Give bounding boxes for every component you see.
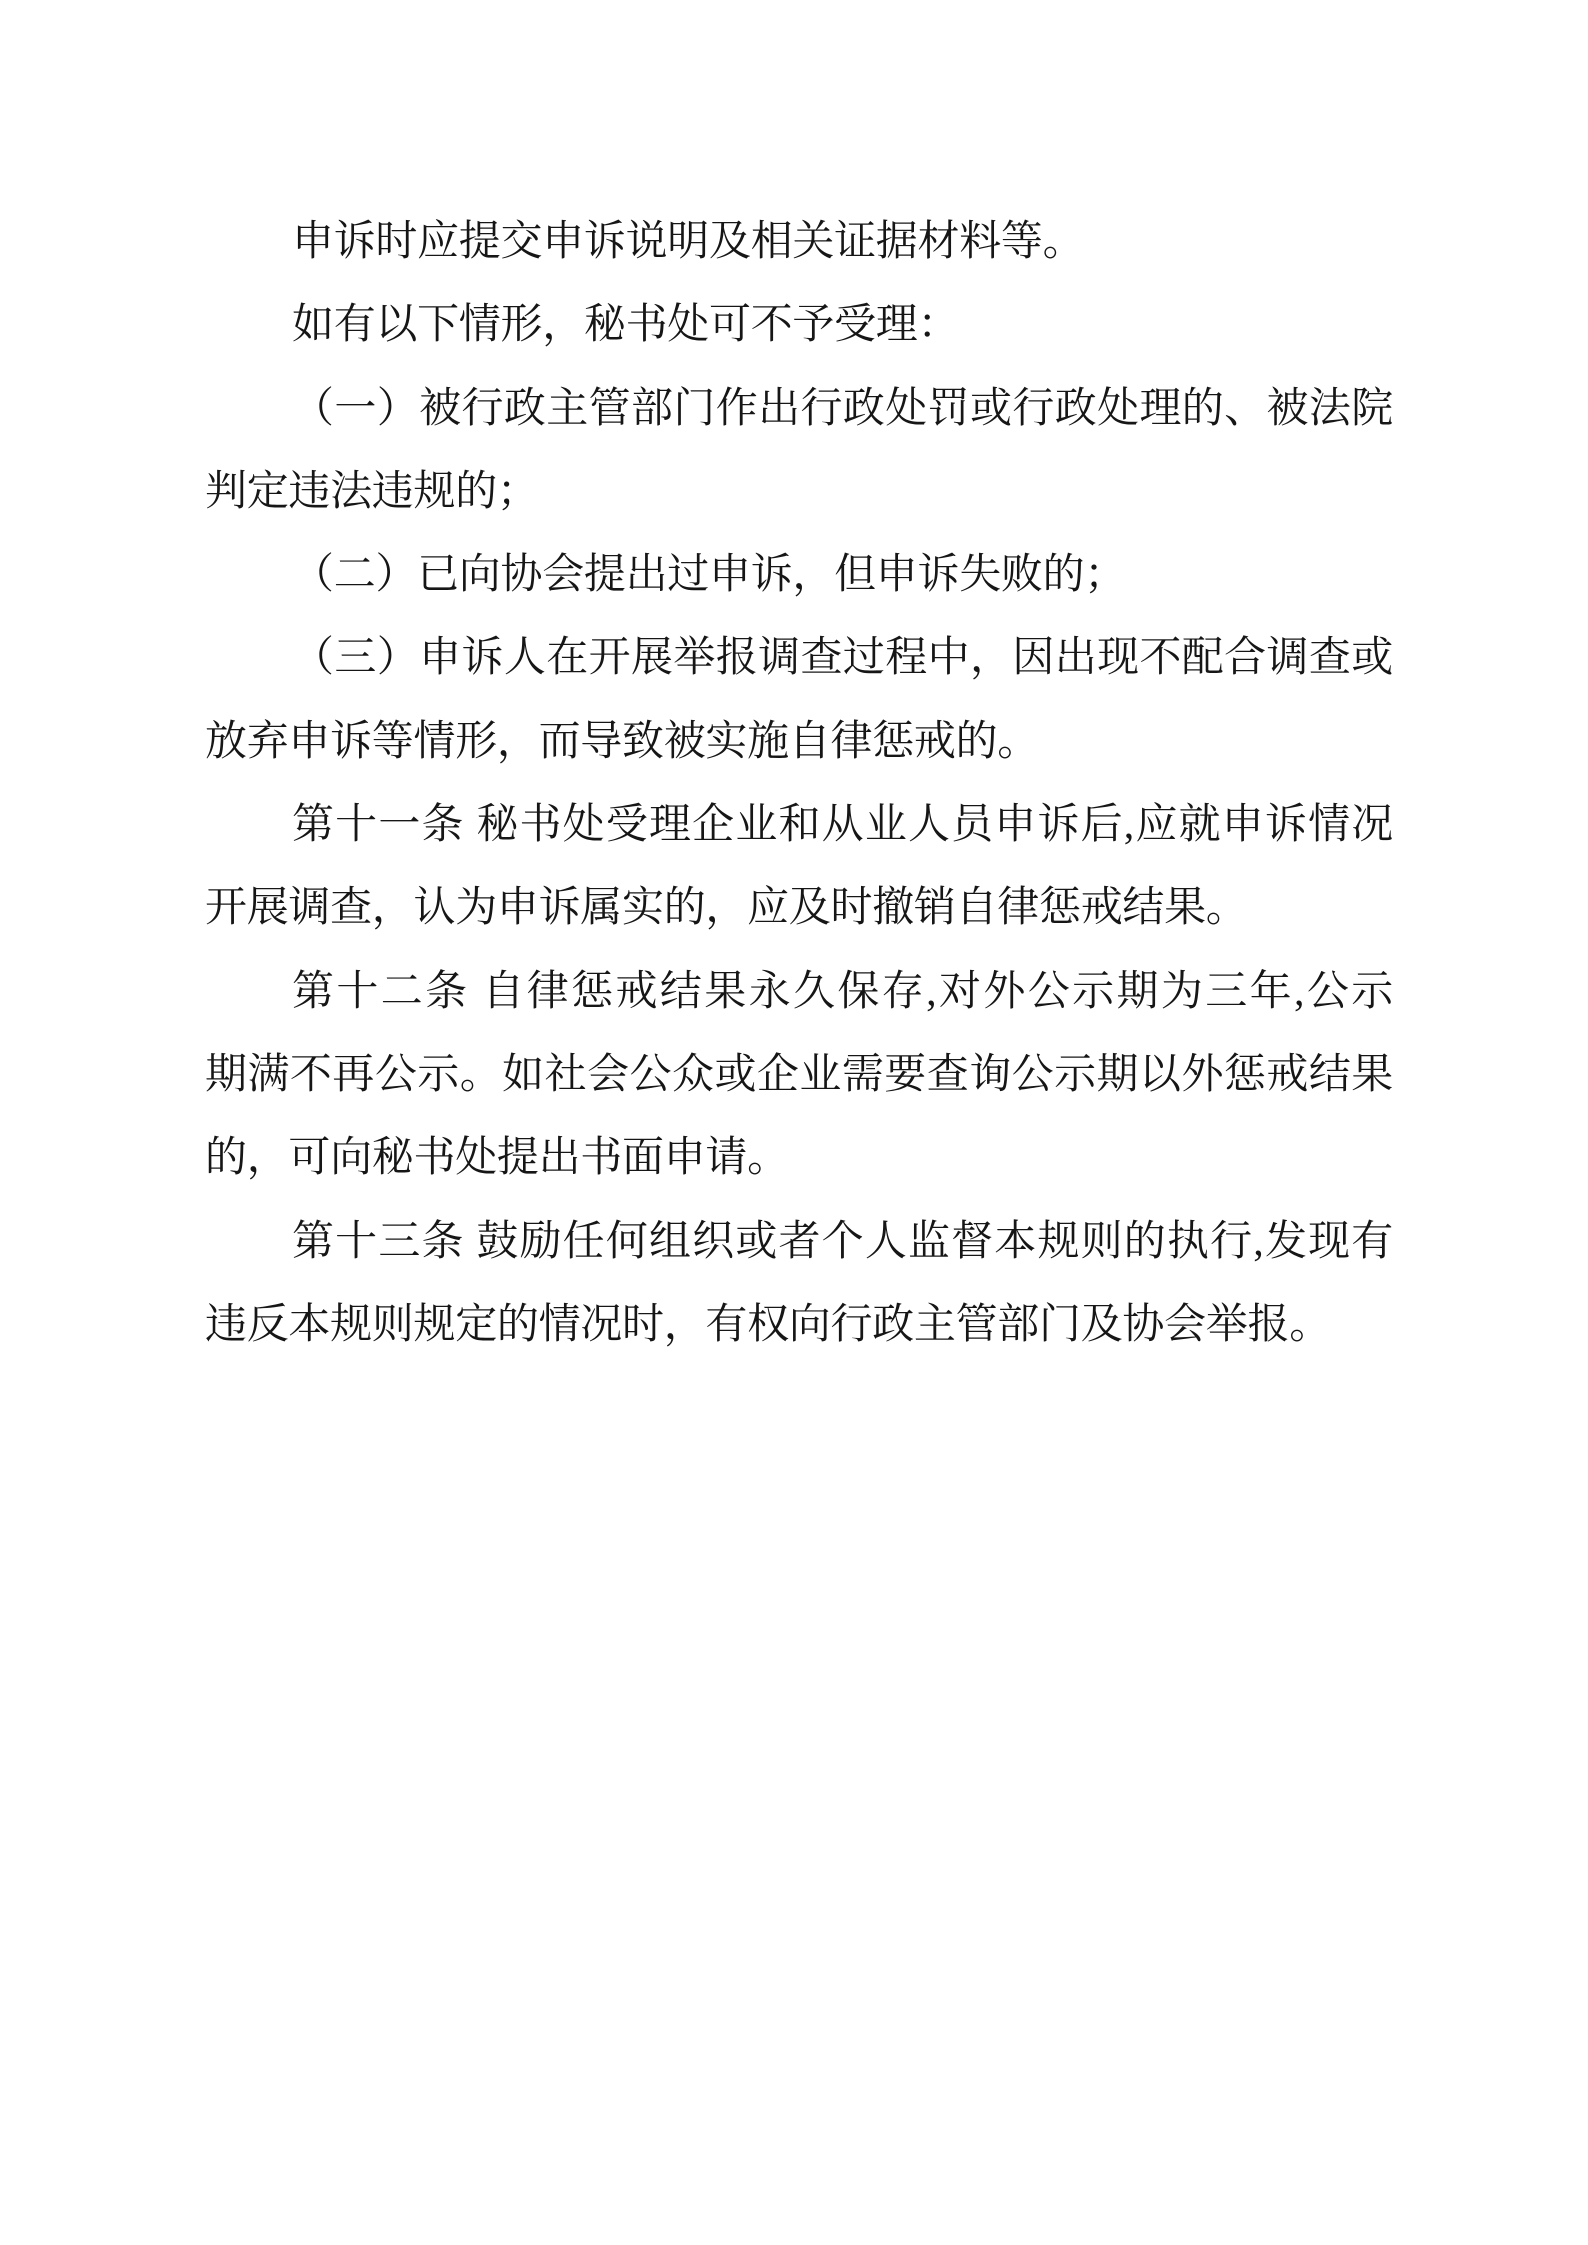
text-line: 判定违法违规的；: [205, 451, 1393, 534]
paragraph-article-clause: 第十一条 秘书处受理企业和从业人员申诉后,应就申诉情况开展调查，认为申诉属实的，…: [205, 784, 1393, 951]
document-page: 申诉时应提交申诉说明及相关证据材料等。如有以下情形，秘书处可不予受理：（一）被行…: [0, 0, 1588, 2245]
paragraph-body-paragraph: 如有以下情形，秘书处可不予受理：: [205, 284, 1393, 367]
paragraph-body-paragraph: 申诉时应提交申诉说明及相关证据材料等。: [205, 201, 1393, 284]
text-line: （一）被行政主管部门作出行政处罚或行政处理的、被法院: [205, 368, 1393, 451]
text-line: 违反本规则规定的情况时，有权向行政主管部门及协会举报。: [205, 1284, 1393, 1367]
text-line: 期满不再公示。如社会公众或企业需要查询公示期以外惩戒结果: [205, 1034, 1393, 1117]
text-line: （二）已向协会提出过申诉，但申诉失败的；: [205, 534, 1393, 617]
paragraph-list-item: （三）申诉人在开展举报调查过程中，因出现不配合调查或放弃申诉等情形，而导致被实施…: [205, 617, 1393, 784]
text-line: 的，可向秘书处提出书面申请。: [205, 1117, 1393, 1200]
text-line: 第十二条 自律惩戒结果永久保存,对外公示期为三年,公示: [205, 951, 1393, 1034]
paragraph-list-item: （一）被行政主管部门作出行政处罚或行政处理的、被法院判定违法违规的；: [205, 368, 1393, 535]
text-line: 开展调查，认为申诉属实的，应及时撤销自律惩戒结果。: [205, 867, 1393, 950]
text-line: （三）申诉人在开展举报调查过程中，因出现不配合调查或: [205, 617, 1393, 700]
text-line: 第十一条 秘书处受理企业和从业人员申诉后,应就申诉情况: [205, 784, 1393, 867]
paragraph-article-clause: 第十二条 自律惩戒结果永久保存,对外公示期为三年,公示期满不再公示。如社会公众或…: [205, 951, 1393, 1201]
paragraph-list-item: （二）已向协会提出过申诉，但申诉失败的；: [205, 534, 1393, 617]
text-line: 申诉时应提交申诉说明及相关证据材料等。: [205, 201, 1393, 284]
text-line: 如有以下情形，秘书处可不予受理：: [205, 284, 1393, 367]
text-line: 放弃申诉等情形，而导致被实施自律惩戒的。: [205, 701, 1393, 784]
text-line: 第十三条 鼓励任何组织或者个人监督本规则的执行,发现有: [205, 1201, 1393, 1284]
document-body: 申诉时应提交申诉说明及相关证据材料等。如有以下情形，秘书处可不予受理：（一）被行…: [205, 201, 1393, 1367]
paragraph-article-clause: 第十三条 鼓励任何组织或者个人监督本规则的执行,发现有违反本规则规定的情况时，有…: [205, 1201, 1393, 1368]
